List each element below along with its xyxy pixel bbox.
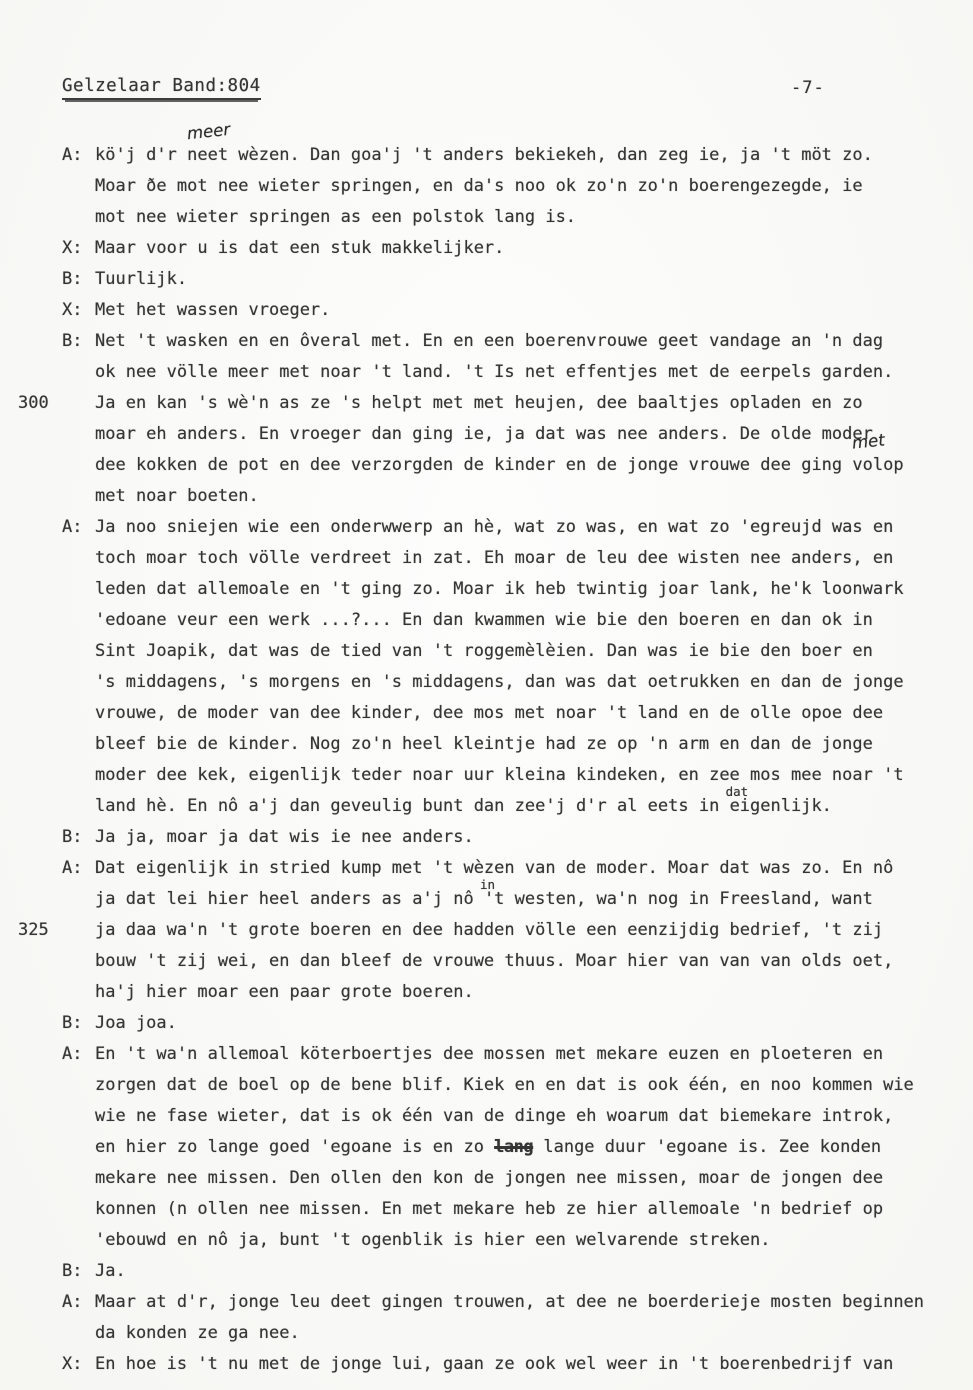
margin-line-number bbox=[18, 481, 62, 512]
text-segment: bleef bie de kinder. Nog zo'n heel klein… bbox=[95, 734, 873, 754]
line-text: 'ebouwd en nô ja, bunt 't ogenblik is hi… bbox=[95, 1225, 973, 1256]
text-segment: Ja noo sniejen wie een onderwwerp an hè,… bbox=[95, 517, 893, 537]
line-text: konnen (n ollen nee missen. En met mekar… bbox=[95, 1194, 973, 1225]
text-segment: En hoe is 't nu met de jonge lui, gaan z… bbox=[95, 1354, 893, 1374]
margin-line-number bbox=[18, 450, 62, 481]
speaker-label bbox=[62, 605, 95, 636]
transcript-line: Moar ðe mot nee wieter springen, en da's… bbox=[0, 171, 973, 202]
margin-line-number bbox=[18, 1349, 62, 1380]
transcript-line: 's middagens, 's morgens en 's middagens… bbox=[0, 667, 973, 698]
margin-line-number: 300 bbox=[18, 388, 62, 419]
margin-line-number bbox=[18, 1225, 62, 1256]
transcript-line: en hier zo lange goed 'egoane is en zo l… bbox=[0, 1132, 973, 1163]
margin-line-number bbox=[18, 667, 62, 698]
margin-line-number bbox=[18, 171, 62, 202]
transcript-line: ja dat lei hier heel anders as a'j nô in… bbox=[0, 884, 973, 915]
line-text: En 't wa'n allemoal köterboertjes dee mo… bbox=[95, 1039, 973, 1070]
speaker-label: X: bbox=[62, 233, 95, 264]
text-segment: Moar ðe mot nee wieter springen, en da's… bbox=[95, 176, 863, 196]
speaker-label bbox=[62, 760, 95, 791]
transcript-line: B:Ja ja, moar ja dat wis ie nee anders. bbox=[0, 822, 973, 853]
line-text: moar eh anders. En vroeger dan ging ie, … bbox=[95, 419, 973, 450]
speaker-label bbox=[62, 388, 95, 419]
speaker-label: X: bbox=[62, 1349, 95, 1380]
transcript-line: dee kokken de pot en dee verzorgden de k… bbox=[0, 450, 973, 481]
transcript-line: 'edoane veur een werk ...?... En dan kwa… bbox=[0, 605, 973, 636]
line-text: ok nee völle meer met noar 't land. 't I… bbox=[95, 357, 973, 388]
line-text: da konden ze ga nee. bbox=[95, 1318, 973, 1349]
line-text: ja daa wa'n 't grote boeren en dee hadde… bbox=[95, 915, 973, 946]
text-segment: 'ebouwd en nô ja, bunt 't ogenblik is hi… bbox=[95, 1230, 771, 1250]
line-text: mekare nee missen. Den ollen den kon de … bbox=[95, 1163, 973, 1194]
speaker-label bbox=[62, 1225, 95, 1256]
margin-line-number bbox=[18, 233, 62, 264]
line-text: Dat eigenlijk in stried kump met 't wèze… bbox=[95, 853, 973, 884]
text-segment: Joa joa. bbox=[95, 1013, 177, 1033]
text-segment: Sint Joapik, dat was de tied van 't rogg… bbox=[95, 641, 873, 661]
text-segment: mot nee wieter springen as een polstok l… bbox=[95, 207, 576, 227]
text-segment: Met het wassen vroeger. bbox=[95, 300, 330, 320]
line-text: vrouwe, de moder van dee kinder, dee mos… bbox=[95, 698, 973, 729]
text-segment: wie ne fase wieter, dat is ok één van de… bbox=[95, 1106, 893, 1126]
speaker-label bbox=[62, 450, 95, 481]
margin-line-number: 325 bbox=[18, 915, 62, 946]
line-text: Met het wassen vroeger. bbox=[95, 295, 973, 326]
line-text: En hoe is 't nu met de jonge lui, gaan z… bbox=[95, 1349, 973, 1380]
text-segment: leden dat allemoale en 't ging zo. Moar … bbox=[95, 579, 904, 599]
margin-line-number bbox=[18, 202, 62, 233]
text-segment: Tuurlijk. bbox=[95, 269, 187, 289]
text-segment: lange duur 'egoane is. Zee konden bbox=[533, 1137, 881, 1157]
text-segment: moder dee kek, eigenlijk teder noar uur … bbox=[95, 765, 904, 785]
speaker-label: A: bbox=[62, 512, 95, 543]
margin-line-number bbox=[18, 791, 62, 822]
margin-line-number bbox=[18, 1132, 62, 1163]
text-segment: dee kokken de pot en dee verzorgden de k… bbox=[95, 455, 852, 475]
text-segment: en hier zo lange goed 'egoane is en zo bbox=[95, 1137, 494, 1157]
transcript-line: X:Maar voor u is dat een stuk makkelijke… bbox=[0, 233, 973, 264]
line-text: Sint Joapik, dat was de tied van 't rogg… bbox=[95, 636, 973, 667]
line-text: Maar voor u is dat een stuk makkelijker. bbox=[95, 233, 973, 264]
text-segment: Ja ja, moar ja dat wis ie nee anders. bbox=[95, 827, 474, 847]
text-segment: kö'j d'r bbox=[95, 145, 187, 165]
transcript-line: zorgen dat de boel op de bene blif. Kiek… bbox=[0, 1070, 973, 1101]
speaker-label: A: bbox=[62, 140, 95, 171]
handwritten-annotation: met bbox=[852, 431, 886, 452]
speaker-label bbox=[62, 171, 95, 202]
speaker-label bbox=[62, 1132, 95, 1163]
struck-word: lang bbox=[494, 1137, 533, 1157]
line-text: Ja noo sniejen wie een onderwwerp an hè,… bbox=[95, 512, 973, 543]
transcript-line: bleef bie de kinder. Nog zo'n heel klein… bbox=[0, 729, 973, 760]
speaker-label bbox=[62, 202, 95, 233]
line-text: ha'j hier moar een paar grote boeren. bbox=[95, 977, 973, 1008]
document-page: Gelzelaar Band:804 -7- A:kö'j d'r meerne… bbox=[0, 0, 973, 1390]
line-text: en hier zo lange goed 'egoane is en zo l… bbox=[95, 1132, 973, 1163]
text-segment: Net 't wasken en en ôveral met. En en ee… bbox=[95, 331, 883, 351]
text-segment: neet wèzen. Dan goa'j 't anders bekiekeh… bbox=[187, 145, 873, 165]
speaker-label bbox=[62, 1163, 95, 1194]
margin-line-number bbox=[18, 605, 62, 636]
text-segment: Dat eigenlijk in stried kump met 't wèze… bbox=[95, 858, 893, 878]
speaker-label: A: bbox=[62, 1287, 95, 1318]
margin-line-number bbox=[18, 946, 62, 977]
transcript-line: B:Tuurlijk. bbox=[0, 264, 973, 295]
speaker-label: B: bbox=[62, 1256, 95, 1287]
speaker-label: A: bbox=[62, 1039, 95, 1070]
line-text: 'edoane veur een werk ...?... En dan kwa… bbox=[95, 605, 973, 636]
speaker-label bbox=[62, 543, 95, 574]
inserted-word: in bbox=[480, 878, 495, 892]
speaker-label bbox=[62, 791, 95, 822]
line-text: zorgen dat de boel op de bene blif. Kiek… bbox=[95, 1070, 973, 1101]
transcript-line: ok nee völle meer met noar 't land. 't I… bbox=[0, 357, 973, 388]
margin-line-number bbox=[18, 822, 62, 853]
text-segment: 't westen, wa'n nog in Freesland, want bbox=[484, 889, 873, 909]
line-text: 's middagens, 's morgens en 's middagens… bbox=[95, 667, 973, 698]
text-segment: En 't wa'n allemoal köterboertjes dee mo… bbox=[95, 1044, 883, 1064]
speaker-label bbox=[62, 667, 95, 698]
text-segment: ha'j hier moar een paar grote boeren. bbox=[95, 982, 474, 1002]
margin-line-number bbox=[18, 295, 62, 326]
speaker-label bbox=[62, 574, 95, 605]
margin-line-number bbox=[18, 357, 62, 388]
speaker-label: B: bbox=[62, 822, 95, 853]
line-text: moder dee kek, eigenlijk teder noar uur … bbox=[95, 760, 973, 791]
speaker-label: B: bbox=[62, 1008, 95, 1039]
transcript-line: mekare nee missen. Den ollen den kon de … bbox=[0, 1163, 973, 1194]
line-text: Ja en kan 's wè'n as ze 's helpt met met… bbox=[95, 388, 973, 419]
text-segment: ok nee völle meer met noar 't land. 't I… bbox=[95, 362, 893, 382]
transcript-line: met noar boeten. bbox=[0, 481, 973, 512]
transcript-line: A:Maar at d'r, jonge leu deet gingen tro… bbox=[0, 1287, 973, 1318]
transcript-line: moder dee kek, eigenlijk teder noar uur … bbox=[0, 760, 973, 791]
text-segment: moar eh anders. En vroeger dan ging ie, … bbox=[95, 424, 873, 444]
line-text: met noar boeten. bbox=[95, 481, 973, 512]
margin-line-number bbox=[18, 853, 62, 884]
line-text: kö'j d'r meerneet wèzen. Dan goa'j 't an… bbox=[95, 140, 973, 171]
margin-line-number bbox=[18, 419, 62, 450]
speaker-label: B: bbox=[62, 326, 95, 357]
margin-line-number bbox=[18, 729, 62, 760]
margin-line-number bbox=[18, 574, 62, 605]
line-text: Maar at d'r, jonge leu deet gingen trouw… bbox=[95, 1287, 973, 1318]
speaker-label: B: bbox=[62, 264, 95, 295]
transcript-line: wie ne fase wieter, dat is ok één van de… bbox=[0, 1101, 973, 1132]
transcript-line: 300Ja en kan 's wè'n as ze 's helpt met … bbox=[0, 388, 973, 419]
line-text: Ja. bbox=[95, 1256, 973, 1287]
speaker-label bbox=[62, 946, 95, 977]
margin-line-number bbox=[18, 140, 62, 171]
text-segment: eigenlijk. bbox=[730, 796, 832, 816]
text-segment: da konden ze ga nee. bbox=[95, 1323, 300, 1343]
speaker-label: X: bbox=[62, 295, 95, 326]
line-text: Ja ja, moar ja dat wis ie nee anders. bbox=[95, 822, 973, 853]
transcript-line: konnen (n ollen nee missen. En met mekar… bbox=[0, 1194, 973, 1225]
speaker-label: A: bbox=[62, 853, 95, 884]
transcript-line: toch moar toch völle verdreet in zat. Eh… bbox=[0, 543, 973, 574]
transcript-line: moar eh anders. En vroeger dan ging ie, … bbox=[0, 419, 973, 450]
line-text: bleef bie de kinder. Nog zo'n heel klein… bbox=[95, 729, 973, 760]
inserted-word: dat bbox=[726, 785, 749, 799]
margin-line-number bbox=[18, 698, 62, 729]
transcript-line: 325ja daa wa'n 't grote boeren en dee ha… bbox=[0, 915, 973, 946]
speaker-label bbox=[62, 884, 95, 915]
margin-line-number bbox=[18, 1287, 62, 1318]
text-segment: Maar at d'r, jonge leu deet gingen trouw… bbox=[95, 1292, 924, 1312]
transcript-line: leden dat allemoale en 't ging zo. Moar … bbox=[0, 574, 973, 605]
transcript-line: B:Ja. bbox=[0, 1256, 973, 1287]
transcript-line: land hè. En nô a'j dan geveulig bunt dan… bbox=[0, 791, 973, 822]
margin-line-number bbox=[18, 1318, 62, 1349]
transcript-line: B:Net 't wasken en en ôveral met. En en … bbox=[0, 326, 973, 357]
speaker-label bbox=[62, 915, 95, 946]
line-text: wie ne fase wieter, dat is ok één van de… bbox=[95, 1101, 973, 1132]
speaker-label bbox=[62, 1070, 95, 1101]
transcript-line: vrouwe, de moder van dee kinder, dee mos… bbox=[0, 698, 973, 729]
line-text: Moar ðe mot nee wieter springen, en da's… bbox=[95, 171, 973, 202]
speaker-label bbox=[62, 1194, 95, 1225]
margin-line-number bbox=[18, 326, 62, 357]
transcript-line: da konden ze ga nee. bbox=[0, 1318, 973, 1349]
line-text: Joa joa. bbox=[95, 1008, 973, 1039]
speaker-label bbox=[62, 636, 95, 667]
transcript-line: A:kö'j d'r meerneet wèzen. Dan goa'j 't … bbox=[0, 140, 973, 171]
speaker-label bbox=[62, 419, 95, 450]
line-text: bouw 't zij wei, en dan bleef de vrouwe … bbox=[95, 946, 973, 977]
transcript-line: 'ebouwd en nô ja, bunt 't ogenblik is hi… bbox=[0, 1225, 973, 1256]
speaker-label bbox=[62, 977, 95, 1008]
text-segment: vrouwe, de moder van dee kinder, dee mos… bbox=[95, 703, 883, 723]
line-text: land hè. En nô a'j dan geveulig bunt dan… bbox=[95, 791, 973, 822]
text-segment: ja dat lei hier heel anders as a'j nô bbox=[95, 889, 484, 909]
speaker-label bbox=[62, 1101, 95, 1132]
margin-line-number bbox=[18, 977, 62, 1008]
margin-line-number bbox=[18, 884, 62, 915]
margin-line-number bbox=[18, 264, 62, 295]
text-segment: bouw 't zij wei, en dan bleef de vrouwe … bbox=[95, 951, 893, 971]
text-segment: toch moar toch völle verdreet in zat. Eh… bbox=[95, 548, 893, 568]
transcript-line: A:Ja noo sniejen wie een onderwwerp an h… bbox=[0, 512, 973, 543]
text-segment: zorgen dat de boel op de bene blif. Kiek… bbox=[95, 1075, 914, 1095]
text-segment: Ja en kan 's wè'n as ze 's helpt met met… bbox=[95, 393, 863, 413]
margin-line-number bbox=[18, 1256, 62, 1287]
text-segment: Maar voor u is dat een stuk makkelijker. bbox=[95, 238, 504, 258]
margin-line-number bbox=[18, 1194, 62, 1225]
transcript-line: X:Met het wassen vroeger. bbox=[0, 295, 973, 326]
margin-line-number bbox=[18, 1070, 62, 1101]
text-segment: 's middagens, 's morgens en 's middagens… bbox=[95, 672, 904, 692]
line-text: Tuurlijk. bbox=[95, 264, 973, 295]
speaker-label bbox=[62, 729, 95, 760]
document-title: Gelzelaar Band:804 bbox=[62, 76, 261, 100]
speaker-label bbox=[62, 1318, 95, 1349]
line-text: dee kokken de pot en dee verzorgden de k… bbox=[95, 450, 973, 481]
text-segment: mekare nee missen. Den ollen den kon de … bbox=[95, 1168, 883, 1188]
transcript-line: Sint Joapik, dat was de tied van 't rogg… bbox=[0, 636, 973, 667]
transcript: A:kö'j d'r meerneet wèzen. Dan goa'j 't … bbox=[0, 140, 973, 1380]
page-number: -7- bbox=[791, 78, 825, 98]
margin-line-number bbox=[18, 1101, 62, 1132]
text-segment: ja daa wa'n 't grote boeren en dee hadde… bbox=[95, 920, 883, 940]
line-text: leden dat allemoale en 't ging zo. Moar … bbox=[95, 574, 973, 605]
margin-line-number bbox=[18, 1039, 62, 1070]
text-segment: met noar boeten. bbox=[95, 486, 259, 506]
transcript-line: X:En hoe is 't nu met de jonge lui, gaan… bbox=[0, 1349, 973, 1380]
speaker-label bbox=[62, 357, 95, 388]
margin-line-number bbox=[18, 1163, 62, 1194]
line-text: Net 't wasken en en ôveral met. En en ee… bbox=[95, 326, 973, 357]
text-segment: land hè. En nô a'j dan geveulig bunt dan… bbox=[95, 796, 730, 816]
transcript-line: ha'j hier moar een paar grote boeren. bbox=[0, 977, 973, 1008]
margin-line-number bbox=[18, 1008, 62, 1039]
handwritten-annotation: meer bbox=[186, 121, 231, 143]
line-text: toch moar toch völle verdreet in zat. Eh… bbox=[95, 543, 973, 574]
margin-line-number bbox=[18, 760, 62, 791]
line-text: ja dat lei hier heel anders as a'j nô in… bbox=[95, 884, 973, 915]
line-text: mot nee wieter springen as een polstok l… bbox=[95, 202, 973, 233]
transcript-line: bouw 't zij wei, en dan bleef de vrouwe … bbox=[0, 946, 973, 977]
margin-line-number bbox=[18, 512, 62, 543]
speaker-label bbox=[62, 698, 95, 729]
speaker-label bbox=[62, 481, 95, 512]
text-segment: konnen (n ollen nee missen. En met mekar… bbox=[95, 1199, 883, 1219]
transcript-line: B:Joa joa. bbox=[0, 1008, 973, 1039]
transcript-line: mot nee wieter springen as een polstok l… bbox=[0, 202, 973, 233]
margin-line-number bbox=[18, 543, 62, 574]
text-segment: Ja. bbox=[95, 1261, 126, 1281]
transcript-line: A:En 't wa'n allemoal köterboertjes dee … bbox=[0, 1039, 973, 1070]
text-segment: 'edoane veur een werk ...?... En dan kwa… bbox=[95, 610, 873, 630]
margin-line-number bbox=[18, 636, 62, 667]
text-segment: volop bbox=[852, 455, 903, 475]
